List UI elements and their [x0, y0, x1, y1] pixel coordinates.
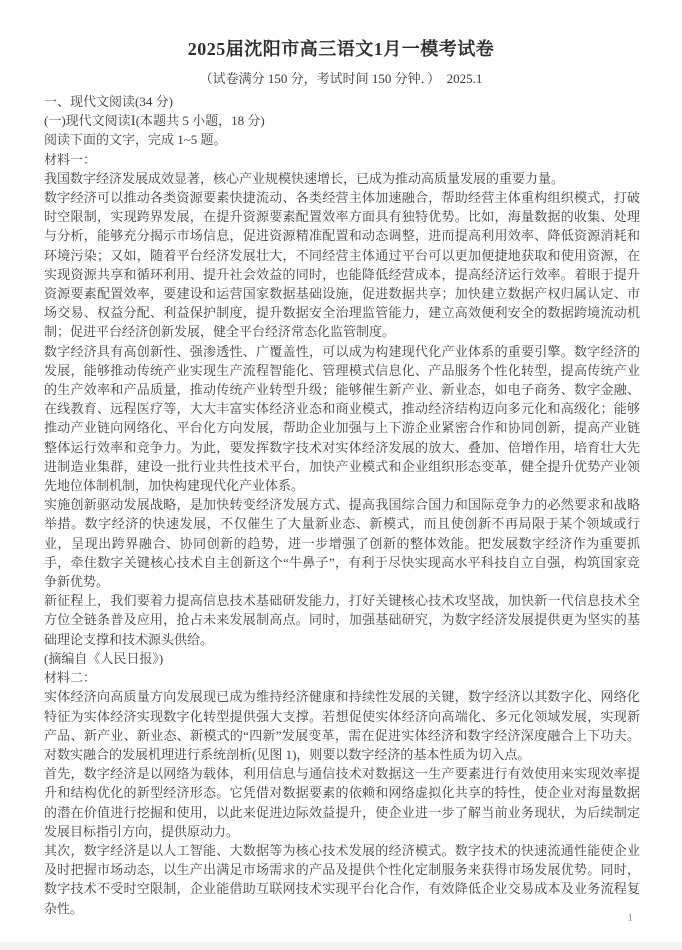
page-bottom-edge: [0, 942, 682, 950]
text-line: 材料一：: [44, 150, 640, 169]
paragraph: 数字经济具有高创新性、强渗透性、广覆盖性，可以成为构建现代化产业体系的重要引擎。…: [44, 342, 640, 496]
paragraph: 我国数字经济发展成效显著，核心产业规模快速增长，已成为推动高质量发展的重要力量。: [44, 169, 640, 188]
paragraph: 首先，数字经济是以网络为载体，利用信息与通信技术对数据这一生产要素进行有效使用来…: [44, 764, 640, 841]
paragraph: 数字经济可以推动各类资源要素快捷流动、各类经营主体加速融合，帮助经营主体重构组织…: [44, 188, 640, 342]
text-line: 一、现代文阅读(34 分): [44, 92, 640, 111]
paragraph: 其次，数字经济是以人工智能、大数据等为核心技术发展的经济模式。数字技术的快速流通…: [44, 841, 640, 918]
paragraph: 实体经济向高质量方向发展现已成为维持经济健康和持续性发展的关键，数字经济以其数字…: [44, 687, 640, 764]
page-number: 1: [628, 913, 634, 924]
text-line: (摘编自《人民日报》): [44, 649, 640, 668]
paragraph: 实施创新驱动发展战略，是加快转变经济发展方式、提高我国综合国力和国际竞争力的必然…: [44, 495, 640, 591]
paragraph: 新征程上，我们要着力提高信息技术基础研发能力，打好关键核心技术攻坚战，加快新一代…: [44, 591, 640, 649]
page-title: 2025届沈阳市高三语文1月一模考试卷: [0, 0, 682, 61]
text-line: 阅读下面的文字，完成 1~5 题。: [44, 130, 640, 149]
exam-paper-page: 2025届沈阳市高三语文1月一模考试卷 （试卷满分 150 分，考试时间 150…: [0, 0, 682, 950]
page-subtitle: （试卷满分 150 分，考试时间 150 分钟．） 2025.1: [0, 71, 682, 87]
text-line: 材料二：: [44, 668, 640, 687]
text-line: (一)现代文阅读Ⅰ(本题共 5 小题，18 分): [44, 111, 640, 130]
document-body: 一、现代文阅读(34 分)(一)现代文阅读Ⅰ(本题共 5 小题，18 分)阅读下…: [44, 92, 640, 918]
